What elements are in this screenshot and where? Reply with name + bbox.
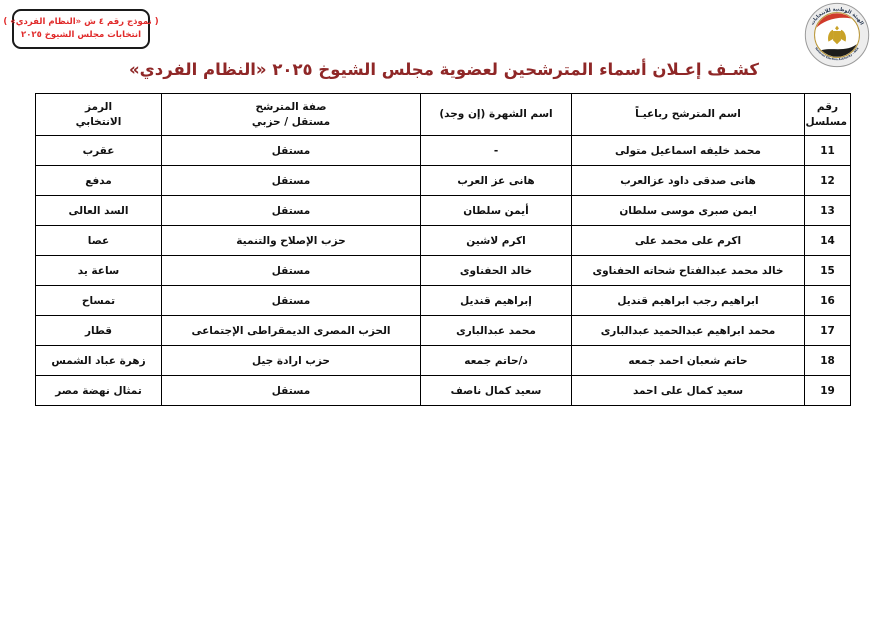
cell-candidate-name: اكرم على محمد على <box>572 226 805 256</box>
cell-serial-number: 16 <box>805 286 851 316</box>
cell-serial-number: 14 <box>805 226 851 256</box>
cell-famous-name: هانى عز العرب <box>421 166 572 196</box>
cell-famous-name: أيمن سلطان <box>421 196 572 226</box>
nea-logo: الهيئة الوطنية للانتخابات National Elect… <box>801 2 873 68</box>
cell-electoral-symbol: تمثال نهضة مصر <box>36 376 162 406</box>
cell-famous-name: اكرم لاشين <box>421 226 572 256</box>
form-number-box: ( نموذج رقم ٤ ش «النظام الفردي» ) انتخاب… <box>12 9 150 49</box>
cell-famous-name: - <box>421 136 572 166</box>
cell-capacity: مستقل <box>162 196 421 226</box>
form-election-line: انتخابات مجلس الشيوخ ٢٠٢٥ <box>21 29 141 42</box>
col-header-symbol-line2: الانتخابي <box>76 116 122 128</box>
cell-candidate-name: محمد خليفه اسماعيل متولى <box>572 136 805 166</box>
table-row: 13 ايمن صبرى موسى سلطان أيمن سلطان مستقل… <box>36 196 851 226</box>
document-page: ( نموذج رقم ٤ ش «النظام الفردي» ) انتخاب… <box>0 0 888 620</box>
cell-serial-number: 17 <box>805 316 851 346</box>
col-header-symbol-line1: الرمز <box>85 101 112 113</box>
cell-famous-name: د/حاتم جمعه <box>421 346 572 376</box>
cell-electoral-symbol: ساعة يد <box>36 256 162 286</box>
cell-candidate-name: خالد محمد عبدالفتاح شحاته الحفناوى <box>572 256 805 286</box>
cell-serial-number: 11 <box>805 136 851 166</box>
col-header-serial-line2: مسلسل <box>805 116 847 128</box>
table-row: 11 محمد خليفه اسماعيل متولى - مستقل عقرب <box>36 136 851 166</box>
cell-candidate-name: محمد ابراهيم عبدالحميد عبدالبارى <box>572 316 805 346</box>
cell-famous-name: خالد الحفناوى <box>421 256 572 286</box>
col-header-famous-name: اسم الشهرة (إن وجد) <box>421 94 572 136</box>
cell-electoral-symbol: السد العالى <box>36 196 162 226</box>
cell-famous-name: محمد عبدالبارى <box>421 316 572 346</box>
cell-capacity: مستقل <box>162 166 421 196</box>
cell-serial-number: 19 <box>805 376 851 406</box>
col-header-serial: رقم مسلسل <box>805 94 851 136</box>
table-row: 15 خالد محمد عبدالفتاح شحاته الحفناوى خا… <box>36 256 851 286</box>
col-header-capacity-line1: صفة المترشح <box>255 101 326 113</box>
cell-candidate-name: ايمن صبرى موسى سلطان <box>572 196 805 226</box>
cell-capacity: الحزب المصرى الديمقراطى الإجتماعى <box>162 316 421 346</box>
cell-serial-number: 15 <box>805 256 851 286</box>
cell-candidate-name: هانى صدقى داود عزالعرب <box>572 166 805 196</box>
col-header-capacity-line2: مستقل / حزبي <box>252 116 330 128</box>
cell-candidate-name: سعيد كمال على احمد <box>572 376 805 406</box>
form-number-line: ( نموذج رقم ٤ ش «النظام الفردي» ) <box>3 16 158 29</box>
cell-serial-number: 18 <box>805 346 851 376</box>
candidates-table: رقم مسلسل اسم المترشح رباعيـاً اسم الشهر… <box>35 93 851 406</box>
cell-electoral-symbol: مدفع <box>36 166 162 196</box>
col-header-capacity: صفة المترشح مستقل / حزبي <box>162 94 421 136</box>
table-body: 11 محمد خليفه اسماعيل متولى - مستقل عقرب… <box>36 136 851 406</box>
cell-electoral-symbol: زهرة عباد الشمس <box>36 346 162 376</box>
cell-capacity: مستقل <box>162 286 421 316</box>
cell-electoral-symbol: عقرب <box>36 136 162 166</box>
cell-serial-number: 13 <box>805 196 851 226</box>
cell-famous-name: سعيد كمال ناصف <box>421 376 572 406</box>
cell-electoral-symbol: عصا <box>36 226 162 256</box>
table-row: 14 اكرم على محمد على اكرم لاشين حزب الإص… <box>36 226 851 256</box>
cell-serial-number: 12 <box>805 166 851 196</box>
table-header-row: رقم مسلسل اسم المترشح رباعيـاً اسم الشهر… <box>36 94 851 136</box>
cell-electoral-symbol: قطار <box>36 316 162 346</box>
table-row: 19 سعيد كمال على احمد سعيد كمال ناصف مست… <box>36 376 851 406</box>
col-header-candidate-name: اسم المترشح رباعيـاً <box>572 94 805 136</box>
page-title: كشـف إعـلان أسماء المترشحين لعضوية مجلس … <box>0 60 888 79</box>
cell-capacity: حزب ارادة جيل <box>162 346 421 376</box>
cell-famous-name: إبراهيم قنديل <box>421 286 572 316</box>
cell-capacity: مستقل <box>162 136 421 166</box>
cell-electoral-symbol: تمساح <box>36 286 162 316</box>
table-row: 12 هانى صدقى داود عزالعرب هانى عز العرب … <box>36 166 851 196</box>
cell-capacity: مستقل <box>162 256 421 286</box>
candidates-table-wrap: رقم مسلسل اسم المترشح رباعيـاً اسم الشهر… <box>36 93 851 406</box>
col-header-serial-line1: رقم <box>817 101 838 113</box>
cell-capacity: مستقل <box>162 376 421 406</box>
col-header-symbol: الرمز الانتخابي <box>36 94 162 136</box>
table-row: 17 محمد ابراهيم عبدالحميد عبدالبارى محمد… <box>36 316 851 346</box>
table-row: 18 حاتم شعبان احمد جمعه د/حاتم جمعه حزب … <box>36 346 851 376</box>
cell-candidate-name: ابراهيم رجب ابراهيم قنديل <box>572 286 805 316</box>
cell-candidate-name: حاتم شعبان احمد جمعه <box>572 346 805 376</box>
table-row: 16 ابراهيم رجب ابراهيم قنديل إبراهيم قند… <box>36 286 851 316</box>
cell-capacity: حزب الإصلاح والتنمية <box>162 226 421 256</box>
